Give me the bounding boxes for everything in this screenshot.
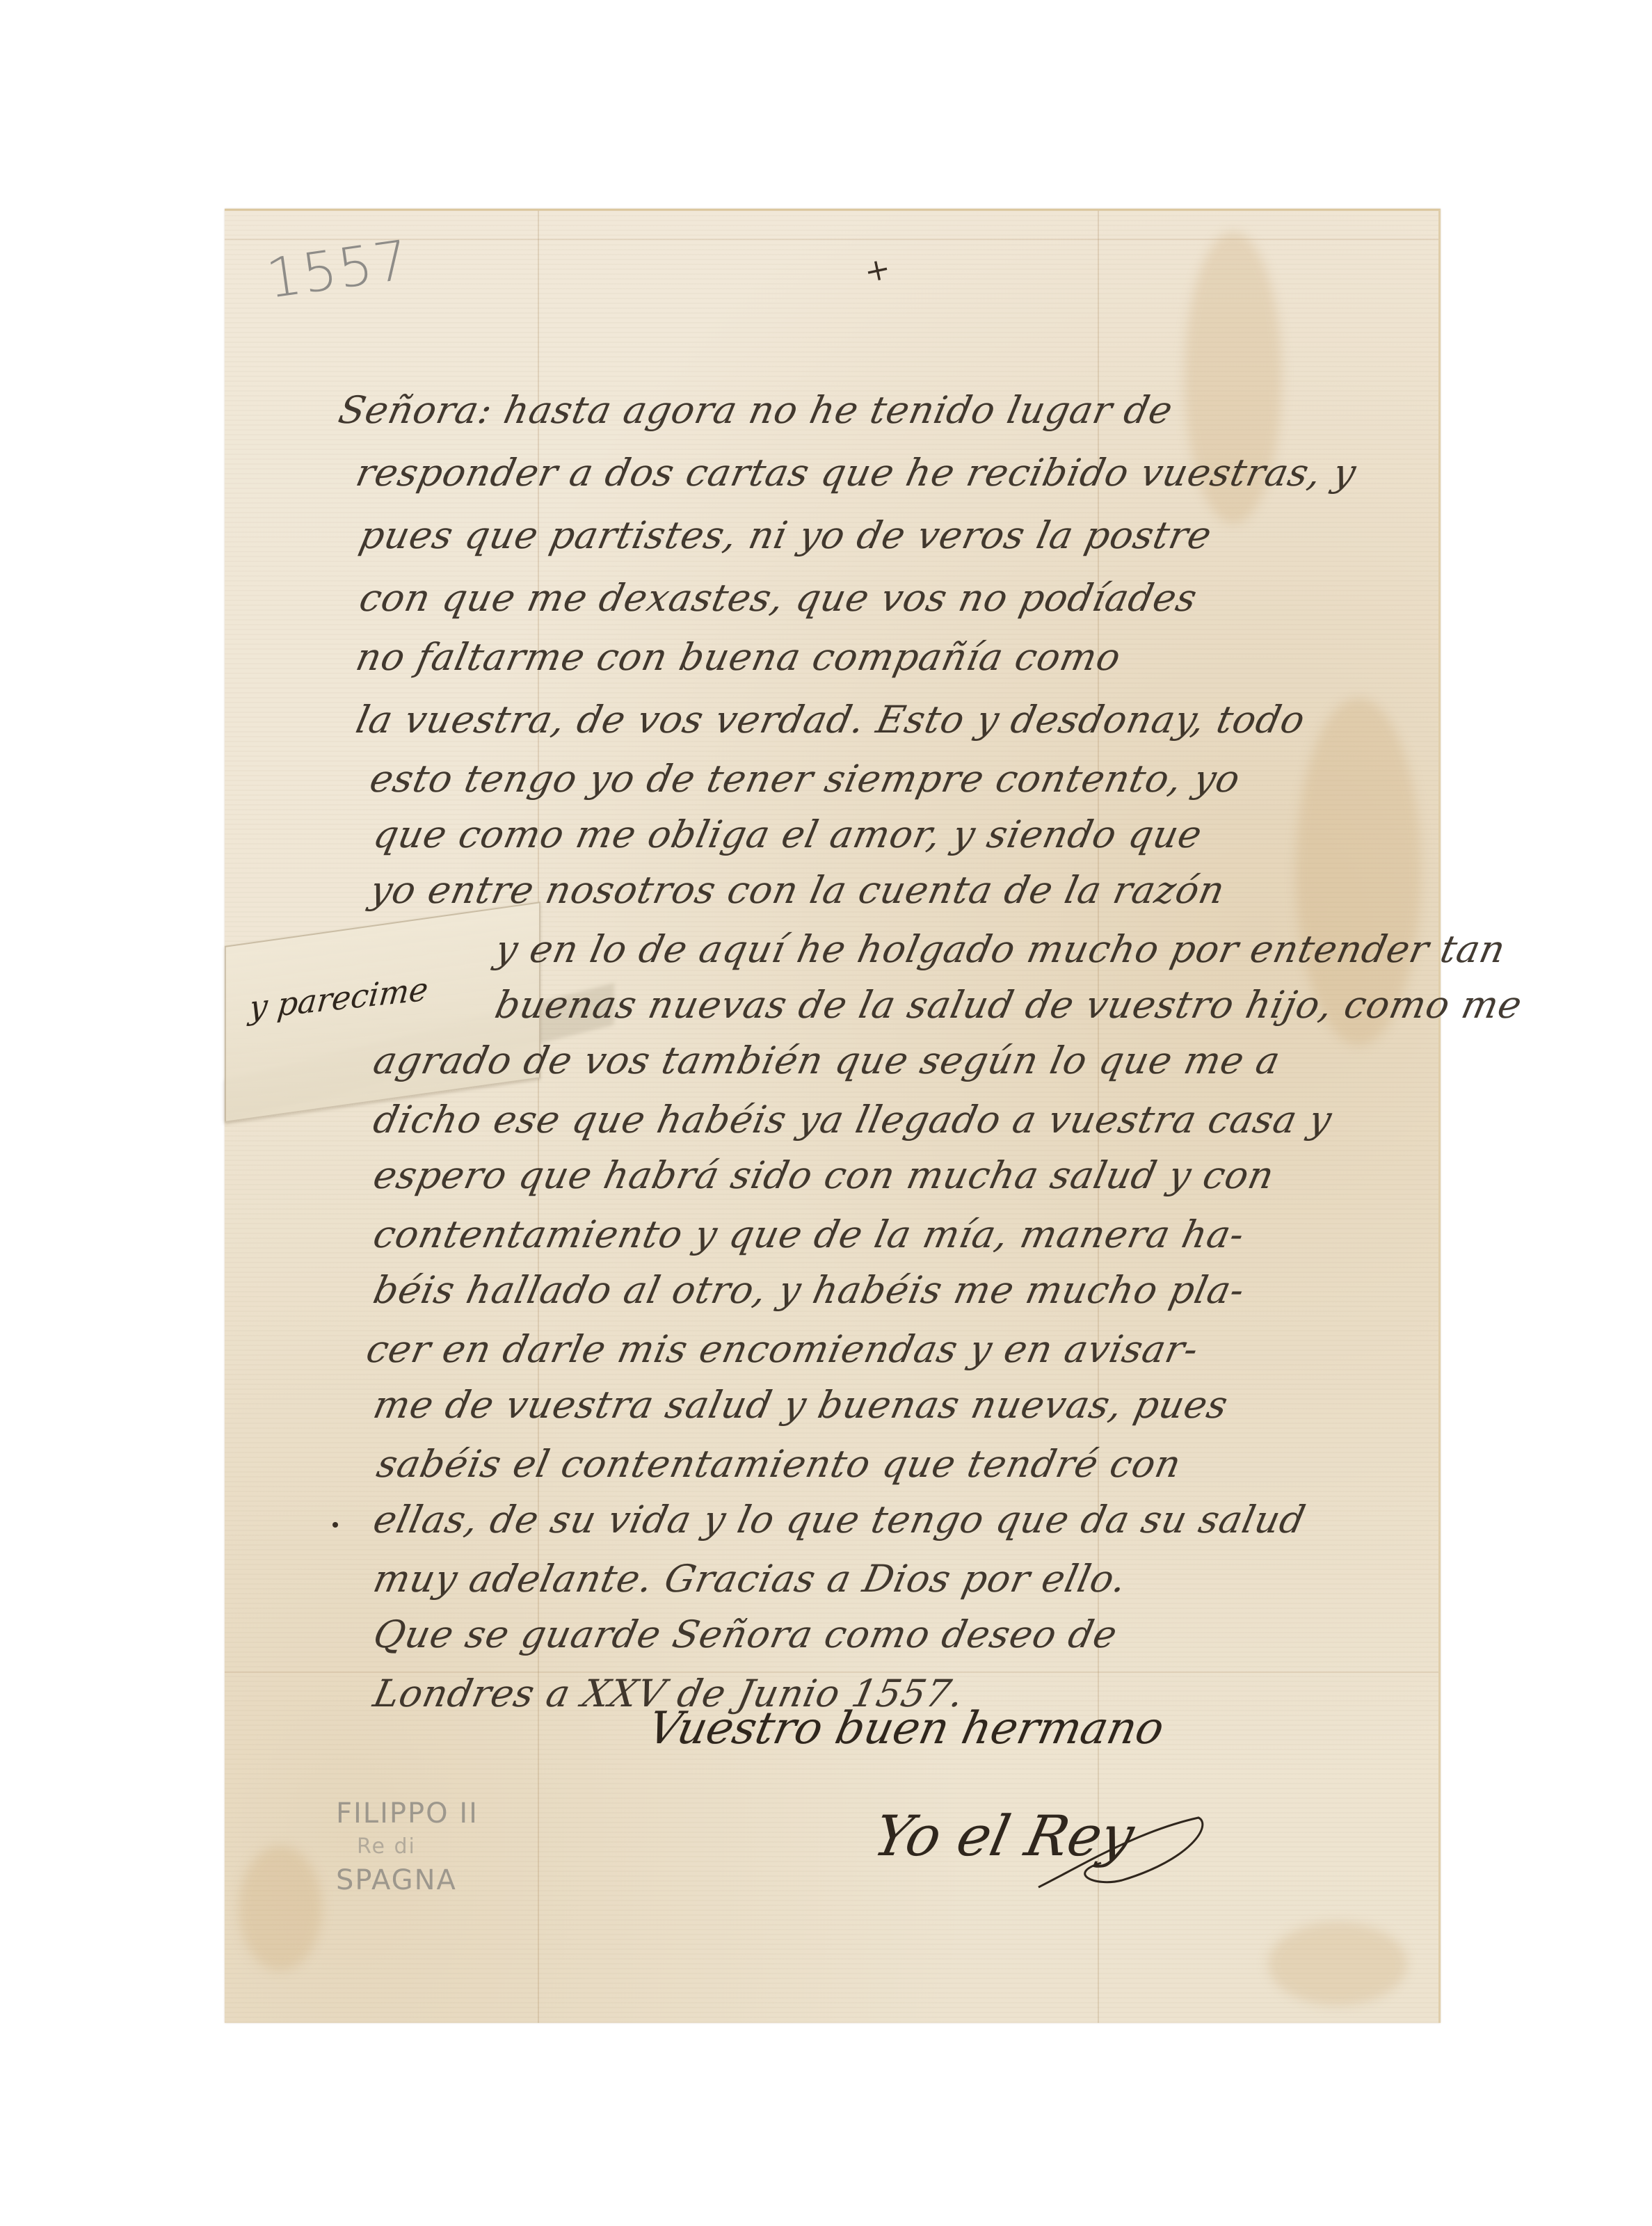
body-line-15: contentamiento y que de la mía, manera h… [369,1212,1249,1256]
signature-rubric-flourish [1025,1804,1219,1901]
body-line-11: buenas nuevas de la salud de vuestro hij… [491,983,1526,1027]
fold-crease-horizontal [225,239,1438,240]
body-line-9: yo entre nosotros con la cuenta de la ra… [366,868,1229,912]
foxing-stain [239,1845,322,1971]
pencil-attribution-line-3: SPAGNA [336,1864,479,1897]
body-line-19: sabéis el contentamiento que tendré con [373,1442,1185,1486]
pencil-attribution-line-2: Re di [357,1830,479,1864]
manuscript-page: 1557 + y parecime Señora: hasta agora no… [225,209,1441,2023]
ink-dot [332,1522,338,1528]
body-line-14: espero que habrá sido con mucha salud y … [369,1153,1278,1197]
body-line-7: esto tengo yo de tener siempre contento,… [366,757,1244,801]
pencil-attribution-line-1: FILIPPO II [336,1797,479,1830]
body-line-6: la vuestra, de vos verdad. Esto y desdon… [352,698,1309,742]
cross-mark: + [861,250,894,291]
body-line-5: no faltarme con buena compañía como [352,635,1125,679]
body-line-4: con que me dexastes, que vos no podíades [355,576,1201,620]
body-line-21: muy adelante. Gracias a Dios por ello. [369,1557,1130,1601]
pencil-attribution-annotation: FILIPPO II Re di SPAGNA [336,1797,479,1897]
closing-salutation: Vuestro buen hermano [643,1703,1169,1754]
body-line-3: pues que partistes, ni yo de veros la po… [355,513,1216,557]
body-line-16: béis hallado al otro, y habéis me mucho … [369,1268,1249,1312]
body-line-18: me de vuestra salud y buenas nuevas, pue… [369,1383,1232,1427]
body-line-22: Que se guarde Señora como deseo de [369,1612,1121,1656]
body-line-13: dicho ese que habéis ya llegado a vuestr… [369,1098,1336,1142]
body-line-10: y en lo de aquí he holgado mucho por ent… [491,927,1509,971]
pencil-year-annotation: 1557 [263,229,414,311]
body-line-20: ellas, de su vida y lo que tengo que da … [369,1498,1310,1542]
corner-stain [1268,1922,1407,2005]
body-line-12: agrado de vos también que según lo que m… [369,1039,1284,1082]
body-line-17: cer en darle mis encomiendas y en avisar… [362,1327,1203,1371]
body-line-1: Señora: hasta agora no he tenido lugar d… [335,388,1177,432]
body-line-2: responder a dos cartas que he recibido v… [352,451,1361,495]
body-line-8: que como me obliga el amor, y siendo que [369,812,1206,856]
